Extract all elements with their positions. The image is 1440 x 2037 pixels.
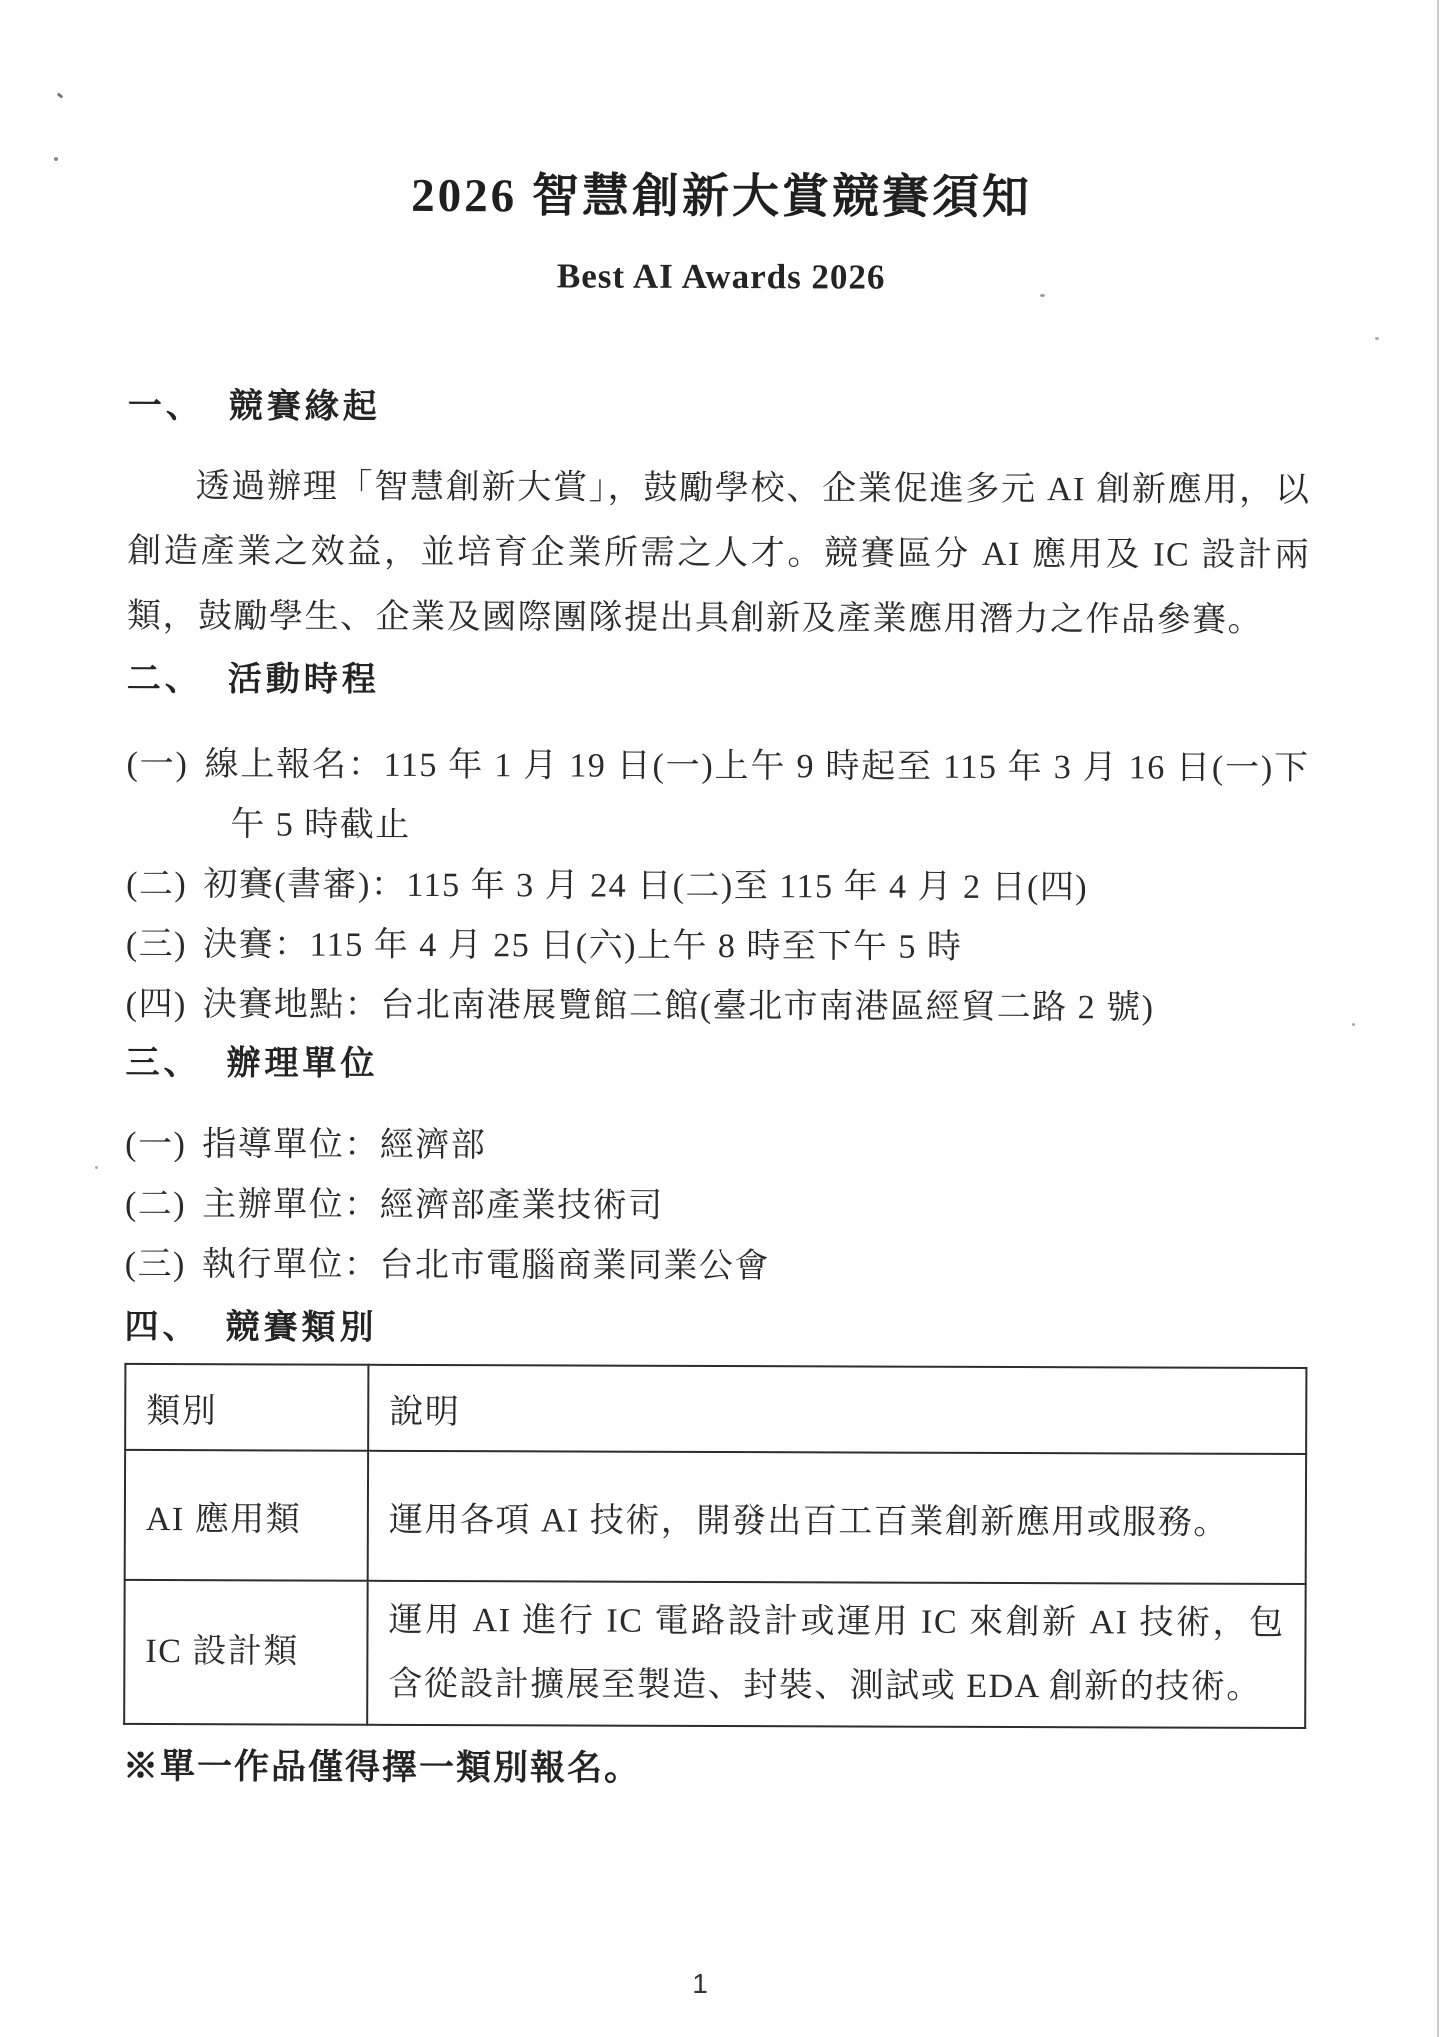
item-text: 主辦單位：經濟部產業技術司 <box>202 1186 664 1225</box>
section-heading-schedule: 二、 活動時程 <box>127 657 1310 707</box>
table-cell-category: AI 應用類 <box>125 1450 368 1581</box>
schedule-item-venue: (四)決賽地點：台北南港展覽館二館(臺北市南港區經貿二路 2 號) <box>126 975 1309 1039</box>
scan-speck <box>95 1166 98 1169</box>
item-label: (一) <box>126 746 188 783</box>
organizer-item-host: (二)主辦單位：經濟部產業技術司 <box>125 1175 1308 1239</box>
schedule-item-preliminary: (二)初賽(書審)：115 年 3 月 24 日(二)至 115 年 4 月 2… <box>126 855 1309 919</box>
category-table-header-row: 類別 說明 <box>125 1364 1306 1454</box>
scanned-content: 2026 智慧創新大賞競賽須知 Best AI Awards 2026 一、 競… <box>0 0 1440 1796</box>
organizer-item-executor: (三)執行單位：台北市電腦商業同業公會 <box>125 1235 1308 1299</box>
table-cell-description: 運用各項 AI 技術，開發出百工百業創新應用或服務。 <box>368 1451 1306 1584</box>
section-heading-origin: 一、 競賽緣起 <box>128 384 1311 434</box>
item-label: (二) <box>125 1186 186 1223</box>
section-heading-organizers: 三、 辦理單位 <box>125 1041 1308 1091</box>
table-header-description: 說明 <box>368 1365 1306 1454</box>
document-subtitle: Best AI Awards 2026 <box>1 253 1440 300</box>
category-table: 類別 說明 AI 應用類 運用各項 AI 技術，開發出百工百業創新應用或服務。 … <box>123 1363 1307 1729</box>
table-header-category: 類別 <box>125 1364 368 1451</box>
item-text: 初賽(書審)：115 年 3 月 24 日(二)至 115 年 4 月 2 日(… <box>203 866 1088 906</box>
item-text: 決賽地點：台北南港展覽館二館(臺北市南港區經貿二路 2 號) <box>203 986 1155 1026</box>
item-text: 指導單位：經濟部 <box>202 1126 486 1164</box>
organizer-item-advisor: (一)指導單位：經濟部 <box>125 1115 1308 1179</box>
scan-speck <box>1040 294 1045 297</box>
scan-speck <box>1352 1023 1355 1026</box>
organizers-list: (一)指導單位：經濟部 (二)主辦單位：經濟部產業技術司 (三)執行單位：台北市… <box>125 1115 1309 1299</box>
item-label: (三) <box>125 1246 186 1283</box>
item-text: 執行單位：台北市電腦商業同業公會 <box>202 1246 770 1285</box>
table-cell-description: 運用 AI 進行 IC 電路設計或運用 IC 來創新 AI 技術，包含從設計擴展… <box>367 1581 1305 1728</box>
schedule-list: (一)線上報名：115 年 1 月 19 日(一)上午 9 時起至 115 年 … <box>126 735 1310 1039</box>
scan-edge-artifact <box>1437 0 1439 2037</box>
table-row-ic-design: IC 設計類 運用 AI 進行 IC 電路設計或運用 IC 來創新 AI 技術，… <box>124 1580 1305 1728</box>
section-heading-categories: 四、 競賽類別 <box>124 1305 1307 1355</box>
scan-speck <box>54 157 58 161</box>
item-label: (二) <box>126 866 187 903</box>
table-cell-category: IC 設計類 <box>124 1580 368 1725</box>
schedule-item-final: (三)決賽：115 年 4 月 25 日(六)上午 8 時至下午 5 時 <box>126 915 1309 979</box>
item-text: 決賽：115 年 4 月 25 日(六)上午 8 時至下午 5 時 <box>203 926 963 966</box>
item-label: (三) <box>126 926 187 963</box>
item-text: 線上報名：115 年 1 月 19 日(一)上午 9 時起至 115 年 3 月… <box>204 746 1309 844</box>
document-body: 一、 競賽緣起 透過辦理「智慧創新大賞」，鼓勵學校、企業促進多元 AI 創新應用… <box>123 384 1311 1795</box>
document-title: 2026 智慧創新大賞競賽須知 <box>1 0 1440 229</box>
item-label: (一) <box>125 1126 186 1163</box>
scan-speck <box>1375 337 1379 340</box>
table-row-ai-application: AI 應用類 運用各項 AI 技術，開發出百工百業創新應用或服務。 <box>125 1450 1306 1584</box>
category-note: ※單一作品僅得擇一類別報名。 <box>123 1743 1306 1795</box>
document-page: 2026 智慧創新大賞競賽須知 Best AI Awards 2026 一、 競… <box>0 0 1440 2037</box>
origin-paragraph: 透過辦理「智慧創新大賞」，鼓勵學校、企業促進多元 AI 創新應用，以創造產業之效… <box>127 454 1311 653</box>
item-label: (四) <box>126 986 187 1023</box>
schedule-item-registration: (一)線上報名：115 年 1 月 19 日(一)上午 9 時起至 115 年 … <box>126 735 1309 859</box>
page-number: 1 <box>0 1968 1400 2000</box>
